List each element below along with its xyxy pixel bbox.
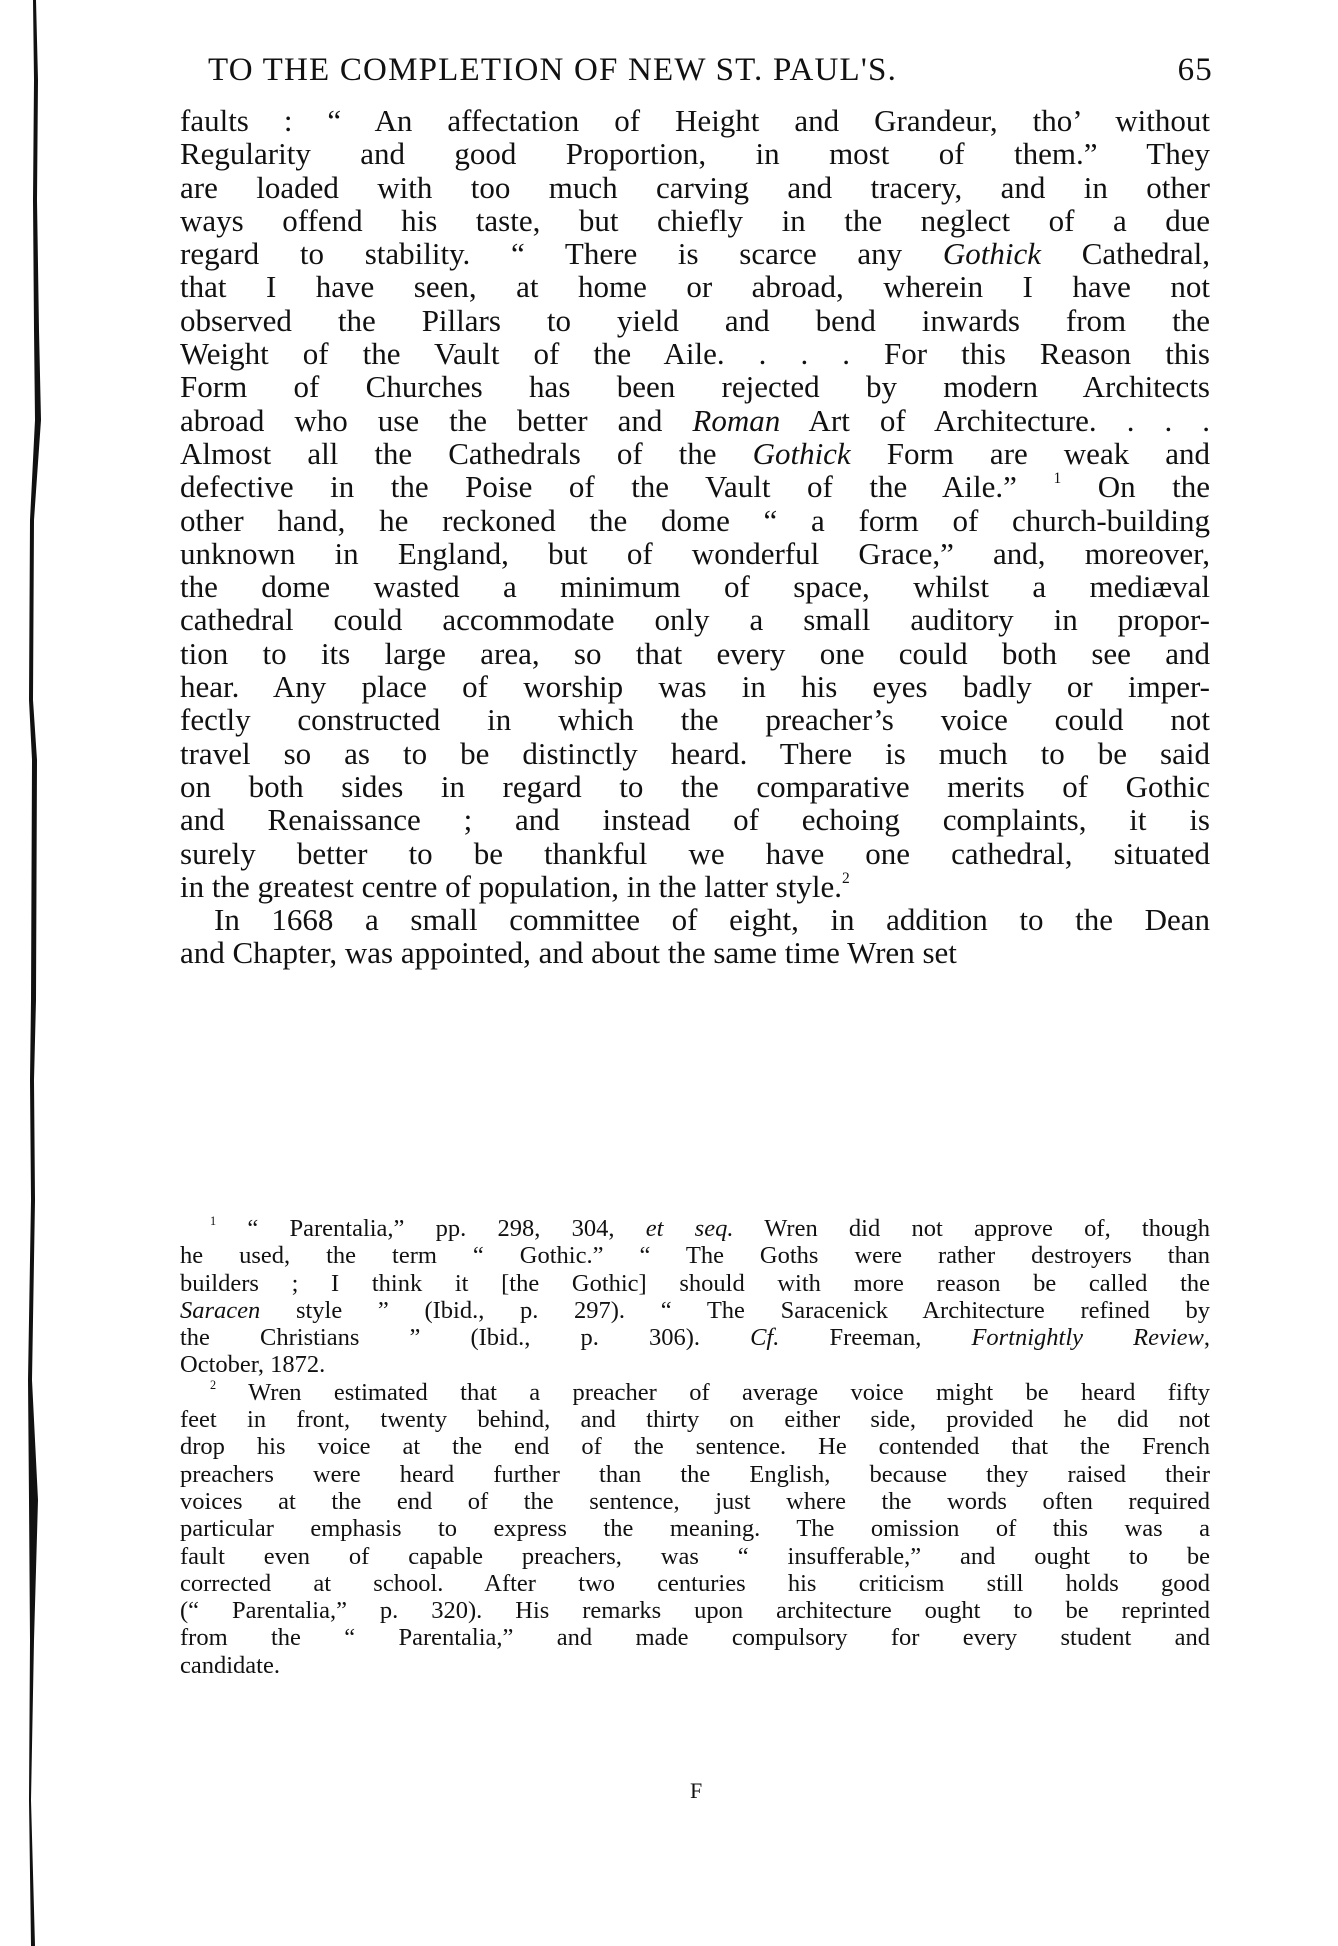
text-line: fectly constructed in which the preacher… bbox=[180, 703, 1210, 736]
footnote-line: the Christians ” (Ibid., p. 306). Cf. Fr… bbox=[180, 1324, 1210, 1351]
text-line: abroad who use the better and Roman Art … bbox=[180, 404, 1210, 437]
footnote-marker: 1 bbox=[210, 1214, 216, 1228]
text-line: Almost all the Cathedrals of the Gothick… bbox=[180, 437, 1210, 470]
text-line: defective in the Poise of the Vault of t… bbox=[180, 470, 1210, 503]
text-line: Weight of the Vault of the Aile. . . . F… bbox=[180, 337, 1210, 370]
footnote-line: preachers were heard further than the En… bbox=[180, 1461, 1210, 1488]
text-line: cathedral could accommodate only a small… bbox=[180, 603, 1210, 636]
footnote-line: candidate. bbox=[180, 1652, 1210, 1679]
text-line: tion to its large area, so that every on… bbox=[180, 637, 1210, 670]
footnote-line: from the “ Parentalia,” and made compuls… bbox=[180, 1624, 1210, 1651]
footnote-line: builders ; I think it [the Gothic] shoul… bbox=[180, 1270, 1210, 1297]
text-line: ways offend his taste, but chiefly in th… bbox=[180, 204, 1210, 237]
footnotes-block: 1 “ Parentalia,” pp. 298, 304, et seq. W… bbox=[180, 1215, 1210, 1679]
text-line: and Renaissance ; and instead of echoing… bbox=[180, 803, 1210, 836]
text-line: Form of Churches has been rejected by mo… bbox=[180, 370, 1210, 403]
text-line: hear. Any place of worship was in his ey… bbox=[180, 670, 1210, 703]
page-number: 65 bbox=[1178, 52, 1213, 89]
binding-edge-shadow bbox=[28, 0, 42, 1946]
footnote-line: corrected at school. After two centuries… bbox=[180, 1570, 1210, 1597]
footnote-line: he used, the term “ Gothic.” “ The Goths… bbox=[180, 1242, 1210, 1269]
text-line: on both sides in regard to the comparati… bbox=[180, 770, 1210, 803]
footnote-marker: 2 bbox=[842, 870, 850, 887]
signature-mark: F bbox=[690, 1778, 702, 1804]
text-line: regard to stability. “ There is scarce a… bbox=[180, 237, 1210, 270]
footnote-line: particular emphasis to express the meani… bbox=[180, 1515, 1210, 1542]
running-title: TO THE COMPLETION OF NEW ST. PAUL'S. bbox=[208, 52, 897, 89]
text-line: that I have seen, at home or abroad, whe… bbox=[180, 270, 1210, 303]
text-line: unknown in England, but of wonderful Gra… bbox=[180, 537, 1210, 570]
text-line: the dome wasted a minimum of space, whil… bbox=[180, 570, 1210, 603]
text-line: In 1668 a small committee of eight, in a… bbox=[180, 903, 1210, 936]
text-line: faults : “ An affectation of Height and … bbox=[180, 104, 1210, 137]
footnote-line: voices at the end of the sentence, just … bbox=[180, 1488, 1210, 1515]
text-line: surely better to be thankful we have one… bbox=[180, 837, 1210, 870]
text-line: are loaded with too much carving and tra… bbox=[180, 171, 1210, 204]
footnote-line: 2 Wren estimated that a preacher of aver… bbox=[180, 1379, 1210, 1406]
footnote-line: Saracen style ” (Ibid., p. 297). “ The S… bbox=[180, 1297, 1210, 1324]
main-text-block: faults : “ An affectation of Height and … bbox=[180, 104, 1210, 970]
footnote-line: drop his voice at the end of the sentenc… bbox=[180, 1433, 1210, 1460]
running-header: TO THE COMPLETION OF NEW ST. PAUL'S. 65 bbox=[178, 52, 1213, 96]
text-line: observed the Pillars to yield and bend i… bbox=[180, 304, 1210, 337]
text-line: Regularity and good Proportion, in most … bbox=[180, 137, 1210, 170]
text-line: and Chapter, was appointed, and about th… bbox=[180, 936, 1210, 969]
text-line: travel so as to be distinctly heard. The… bbox=[180, 737, 1210, 770]
footnote-line: October, 1872. bbox=[180, 1351, 1210, 1378]
footnote-line: fault even of capable preachers, was “ i… bbox=[180, 1543, 1210, 1570]
footnote-marker: 2 bbox=[210, 1378, 216, 1392]
text-line: in the greatest centre of population, in… bbox=[180, 870, 1210, 903]
footnote-line: 1 “ Parentalia,” pp. 298, 304, et seq. W… bbox=[180, 1215, 1210, 1242]
footnote-line: (“ Parentalia,” p. 320). His remarks upo… bbox=[180, 1597, 1210, 1624]
footnote-marker: 1 bbox=[1053, 470, 1061, 487]
text-line: other hand, he reckoned the dome “ a for… bbox=[180, 504, 1210, 537]
footnote-line: feet in front, twenty behind, and thirty… bbox=[180, 1406, 1210, 1433]
